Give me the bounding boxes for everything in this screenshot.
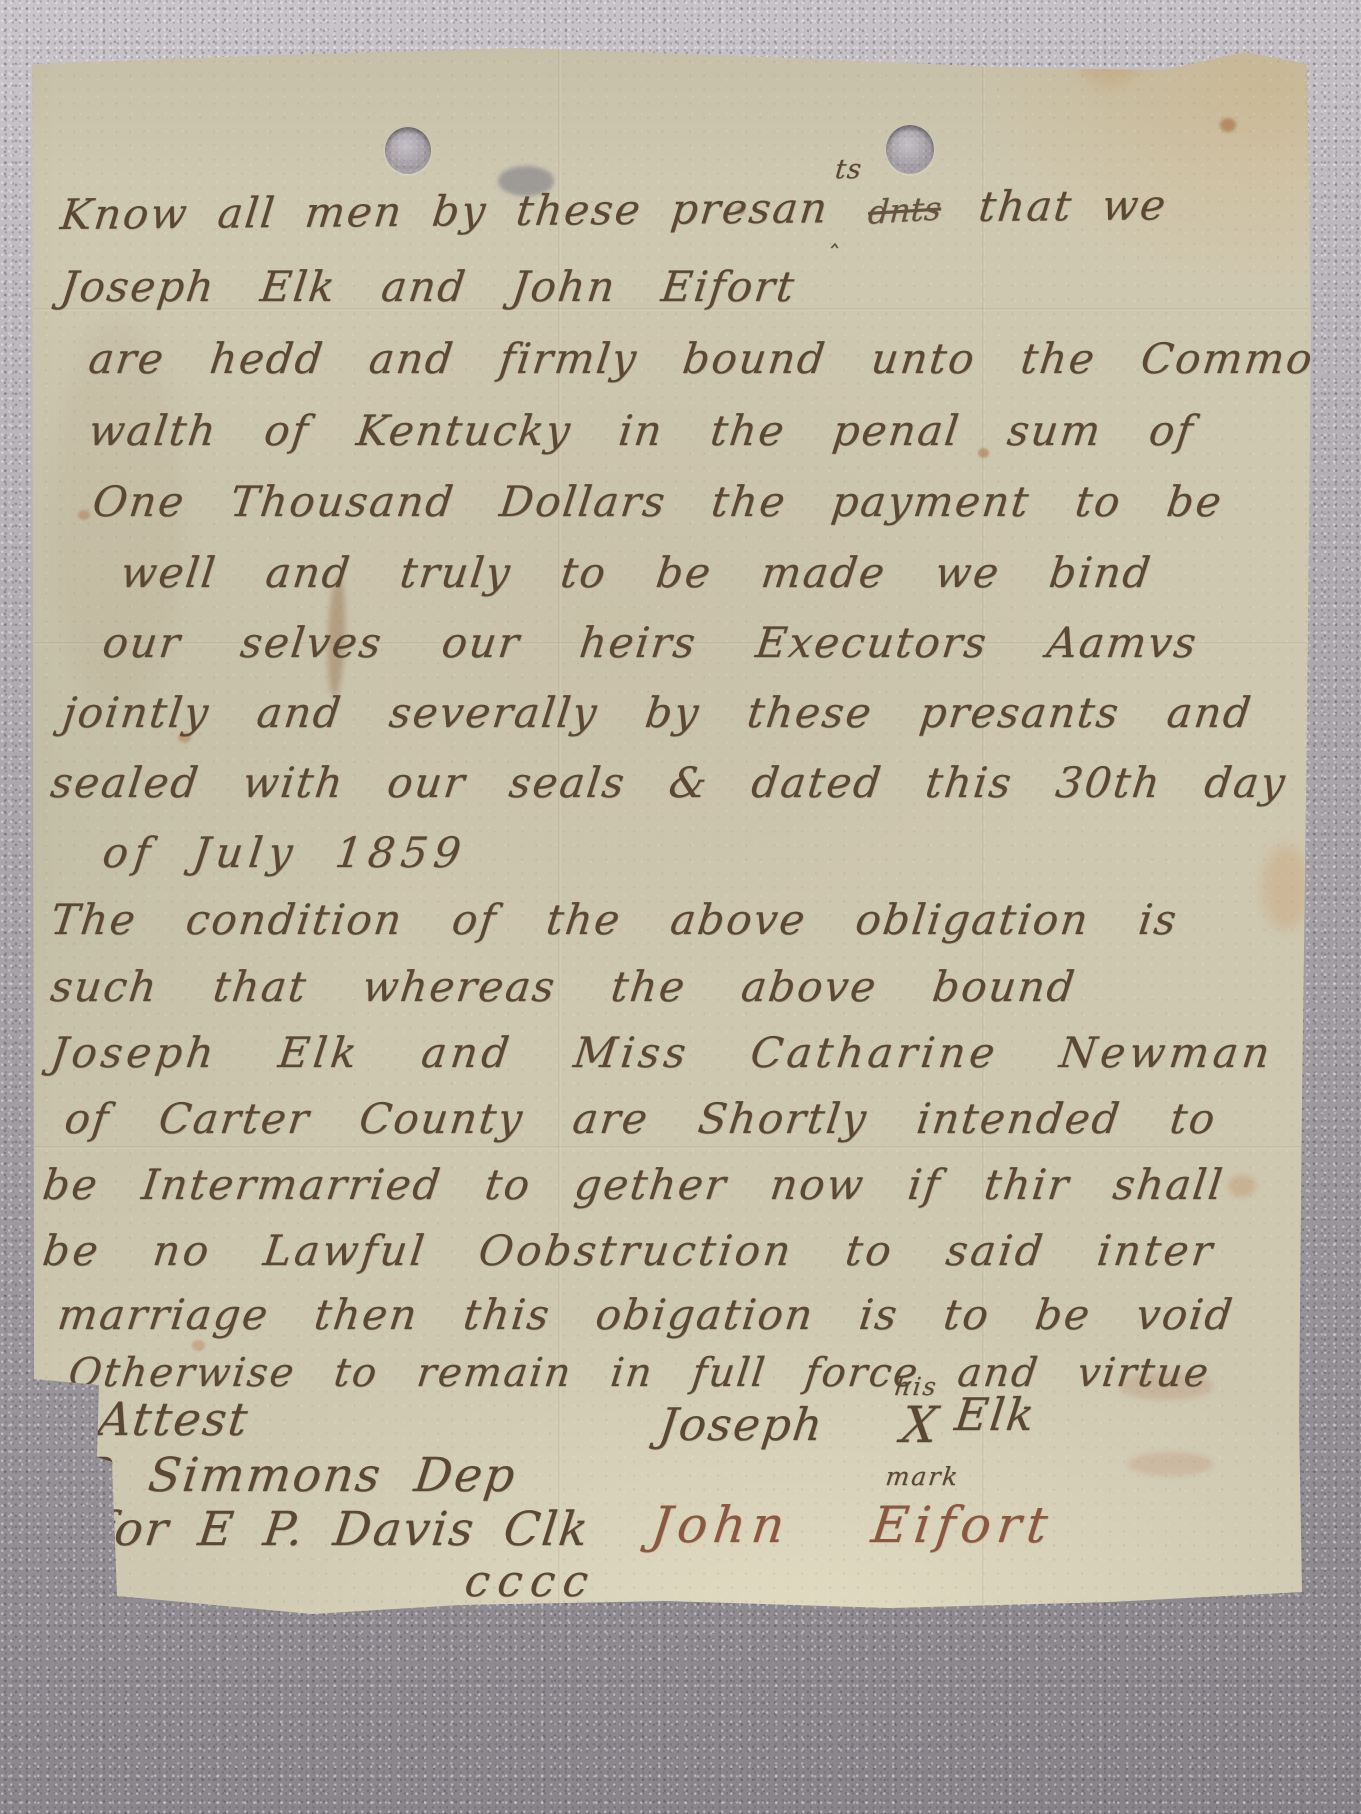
document-line-12: such that whereas the above bound: [48, 962, 1079, 1011]
document-line-9: sealed with our seals & dated this 30th …: [48, 758, 1289, 807]
line1-text-before-insert: Know all men by these presan: [58, 183, 832, 239]
document-line-13: Joseph Elk and Miss Catharine Newman: [48, 1028, 1276, 1077]
document-line-11: The condition of the above obligation is: [48, 895, 1181, 944]
photo-of-marriage-bond: Know all men by these presants‸dnts that…: [0, 0, 1361, 1814]
document-line-10: of July 1859: [100, 828, 469, 877]
punch-hole-left: [385, 127, 431, 174]
attest-label: Attest: [95, 1392, 252, 1446]
document-line-8: jointly and severally by these presants …: [60, 688, 1255, 737]
document-line-7: our selves our heirs Executors Aamvs: [100, 618, 1201, 667]
document-paper: Know all men by these presants‸dnts that…: [0, 0, 1361, 1814]
struck-out-text: dnts: [867, 188, 942, 231]
document-line-4: walth of Kentucky in the penal sum of: [86, 406, 1197, 455]
document-line-3: are hedd and firmly bound unto the Commo…: [86, 334, 1346, 383]
signature-elk: Elk: [952, 1388, 1039, 1441]
mark-label: mark: [884, 1462, 961, 1491]
document-line-6: well and truly to be made we bind: [118, 548, 1155, 597]
document-line-18: Otherwise to remain in full force and vi…: [66, 1350, 1213, 1396]
flourish-cccc: cccc: [462, 1556, 599, 1607]
clerk-signature: for E P. Davis Clk: [92, 1502, 593, 1557]
document-line-1: Know all men by these presants‸dnts that…: [58, 180, 1170, 239]
document-line-17: marriage then this obigation is to be vo…: [55, 1290, 1237, 1339]
document-line-5: One Thousand Dollars the payment to be: [90, 477, 1226, 526]
insertion-above-line: ts‸: [827, 212, 868, 222]
document-line-15: be Intermarried to gether now if thir sh…: [40, 1160, 1227, 1209]
punch-hole-right: [886, 125, 934, 174]
document-line-2: Joseph Elk and John Eifort: [58, 262, 799, 311]
deputy-signature: R Simmons Dep: [75, 1448, 520, 1503]
signature-joseph: Joseph: [656, 1398, 827, 1451]
line1-text-after-insert: that we: [976, 180, 1170, 231]
document-line-16: be no Lawful Oobstruction to said inter: [40, 1226, 1218, 1275]
document-line-14: of Carter County are Shortly intended to: [62, 1094, 1219, 1143]
x-mark: X: [898, 1396, 943, 1454]
surety-signature: John Eifort: [648, 1496, 1057, 1554]
inserted-text: ts: [833, 154, 863, 185]
